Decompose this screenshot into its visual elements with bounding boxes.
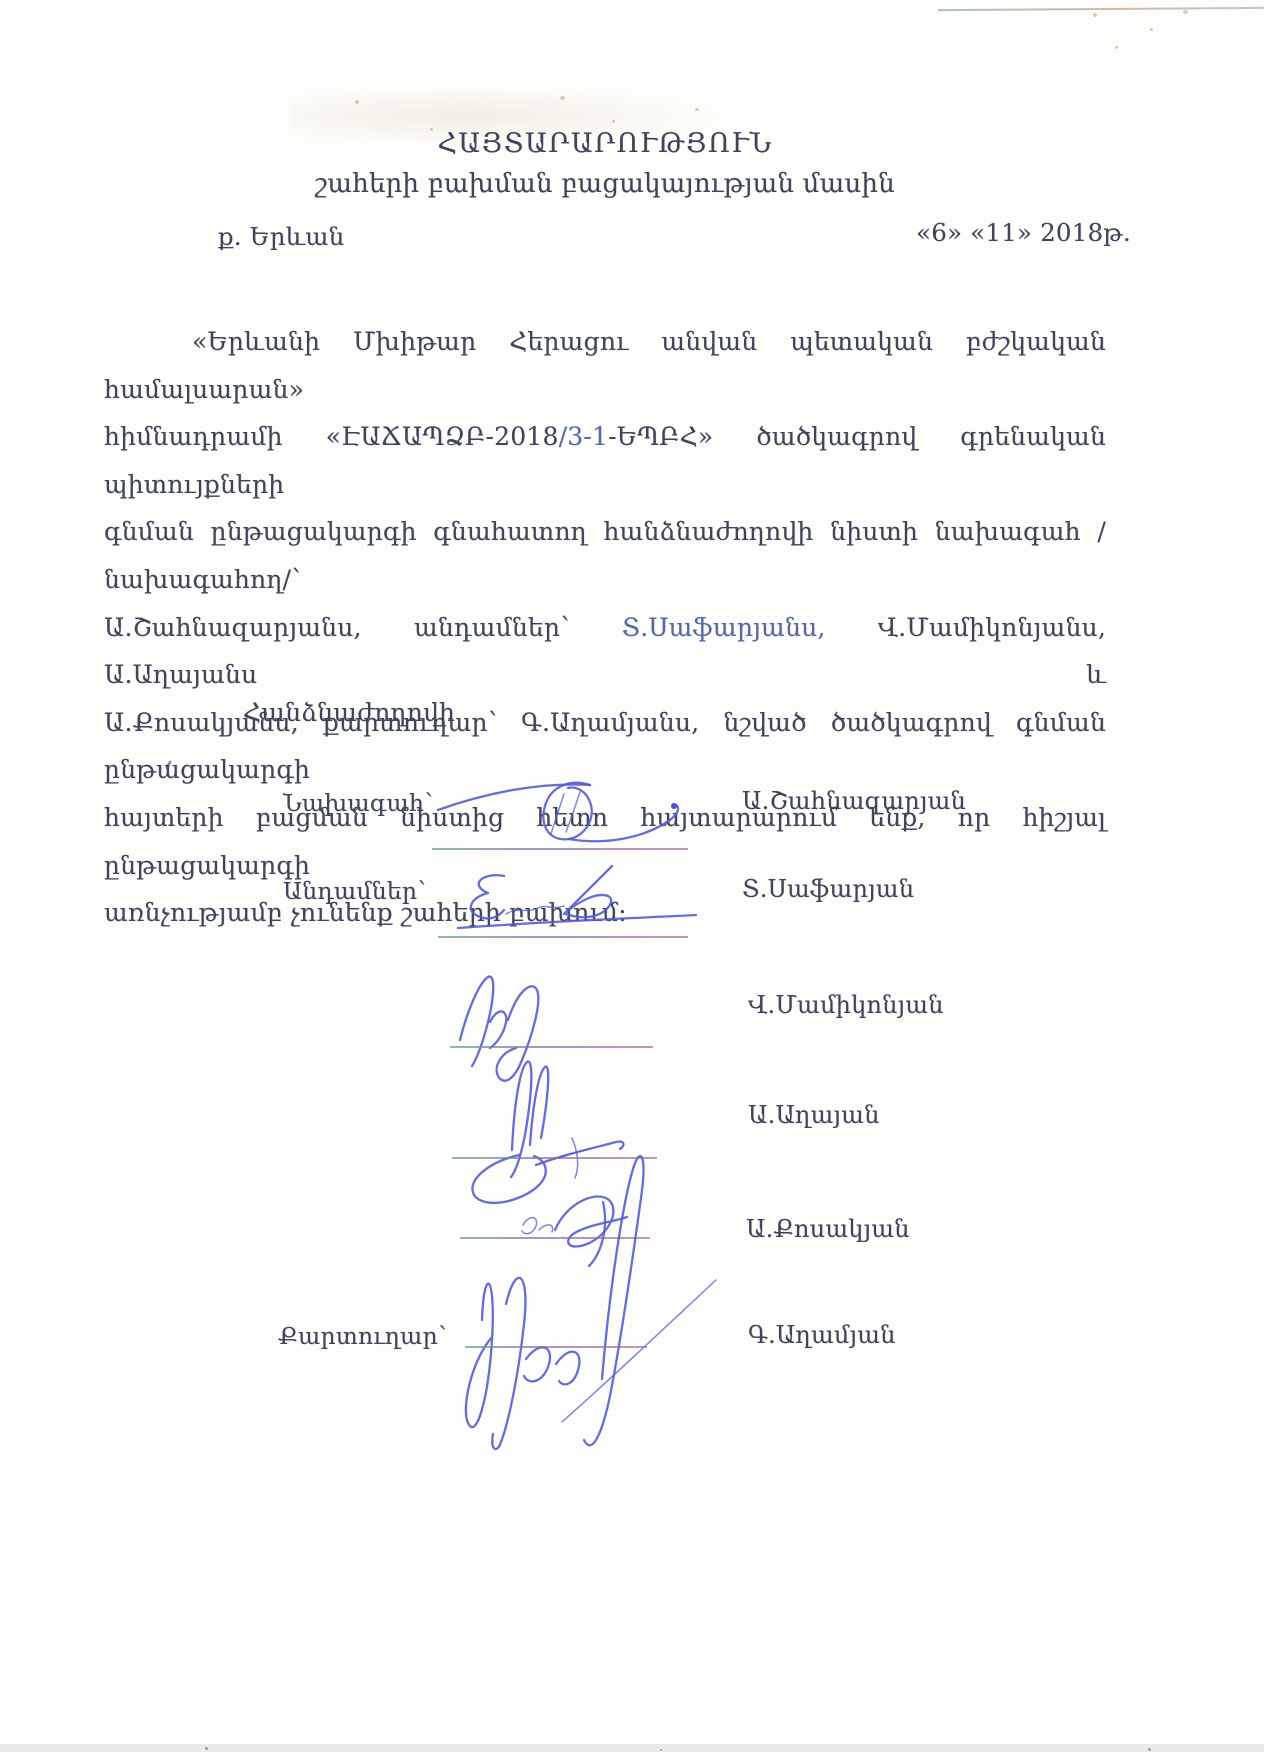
role-label-chairman: Նախագահ՝ xyxy=(283,789,433,817)
body-line: «Երևանի Մխիթար Հերացու անվան պետական բժշ… xyxy=(104,318,1106,413)
member-name-segment: Տ.Սաֆարյանս, xyxy=(622,613,826,642)
signature-ink-shahnazaryan xyxy=(418,762,708,858)
signature-line xyxy=(438,936,688,938)
committee-heading: Հանձնաժողովի xyxy=(243,698,455,727)
body-line-segment: Ա.Շահնազարյանս, անդամներ՝ xyxy=(104,613,622,642)
signature-line xyxy=(465,1346,647,1348)
signature-ink-aghamyan xyxy=(442,1132,742,1470)
signer-name: Տ.Սաֆարյան xyxy=(742,875,914,903)
body-line: հիմնադրամի «ԷԱՃԱՊՁԲ-2018/3-1-ԵՊԲՀ» ծածկա… xyxy=(104,413,1106,508)
document-title: ՀԱՅՏԱՐԱՐՈՒԹՅՈՒՆ xyxy=(100,128,1110,159)
signer-name: Ա.Շահնազարյան xyxy=(742,787,966,815)
scan-speck xyxy=(660,1749,662,1751)
document-header: ՀԱՅՏԱՐԱՐՈՒԹՅՈՒՆ շահերի բախման բացակայութ… xyxy=(100,128,1110,199)
place-label: ք. Երևան xyxy=(218,222,344,251)
body-line-segment: հիմնադրամի «ԷԱՃԱՊՁԲ-2018 xyxy=(104,422,559,451)
date-label: «6» «11» 2018թ. xyxy=(916,218,1156,247)
scan-speck xyxy=(1150,28,1153,31)
scan-speck xyxy=(355,100,359,104)
signer-name: Գ.Աղամյան xyxy=(748,1321,896,1349)
body-line: գնման ընթացակարգի գնահատող հանձնաժողովի … xyxy=(104,508,1106,603)
scan-speck xyxy=(695,108,699,111)
signer-name: Ա.Աղայան xyxy=(748,1101,880,1129)
scan-speck xyxy=(560,96,565,100)
scanned-declaration-page: ՀԱՅՏԱՐԱՐՈՒԹՅՈՒՆ շահերի բախման բացակայութ… xyxy=(0,0,1264,1752)
scan-speck xyxy=(612,120,615,123)
signer-name: Ա.Քոսակյան xyxy=(746,1215,910,1243)
procurement-code-segment: /3-1 xyxy=(559,422,608,451)
scan-edge-line xyxy=(938,7,1264,11)
body-line: Ա.Շահնազարյանս, անդամներ՝ Տ.Սաֆարյանս, Վ… xyxy=(104,604,1106,699)
role-label-secretary: Քարտուղար՝ xyxy=(278,1322,447,1350)
document-subtitle: շահերի բախման բացակայության մասին xyxy=(100,169,1110,199)
signer-name: Վ.Մամիկոնյան xyxy=(748,991,944,1019)
signature-ink-safaryan xyxy=(448,852,708,944)
signature-line xyxy=(432,848,688,850)
scan-speck xyxy=(1148,1748,1151,1751)
scan-speck xyxy=(205,1747,208,1750)
scan-speck xyxy=(1183,10,1188,14)
scan-speck xyxy=(1093,13,1097,17)
scan-speck xyxy=(1115,46,1118,49)
scan-bottom-edge xyxy=(0,1744,1264,1752)
role-label-members: Անդամներ՝ xyxy=(283,877,426,905)
